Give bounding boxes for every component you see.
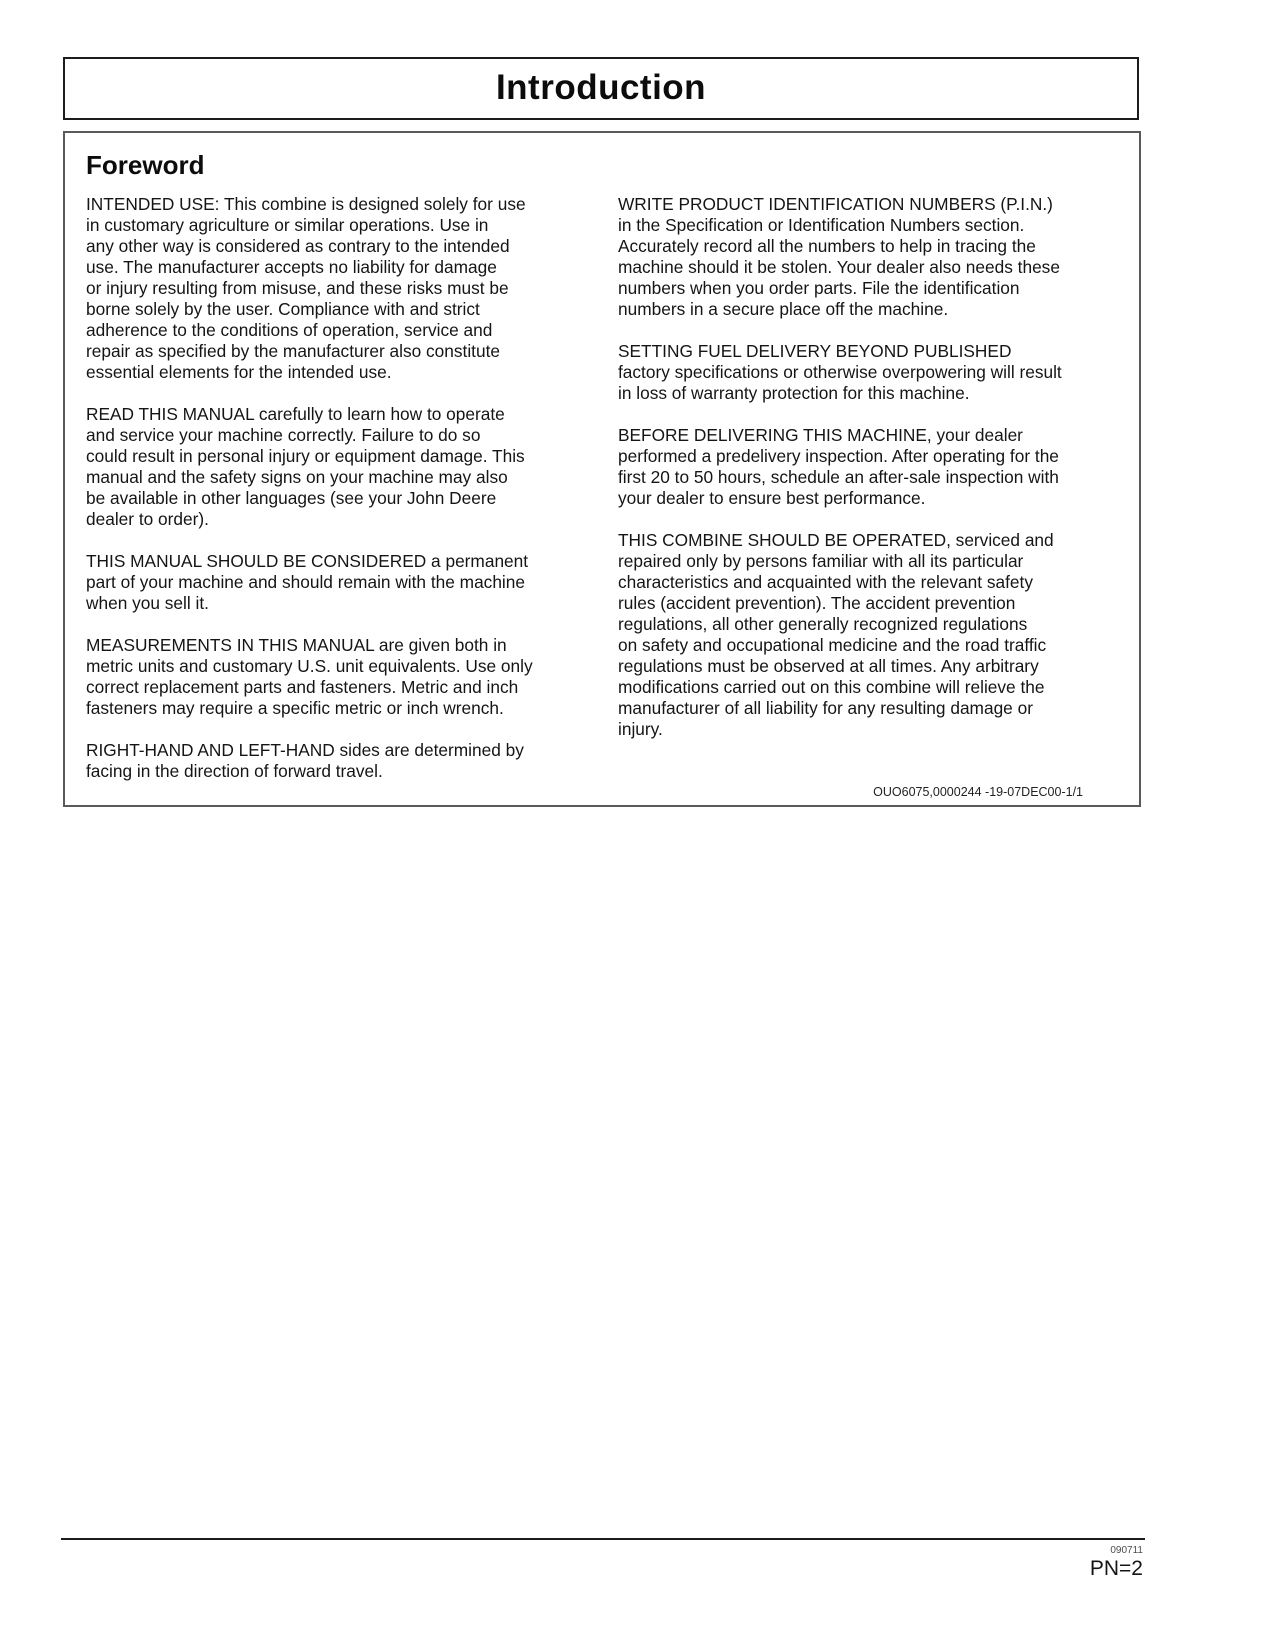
paragraph-manual-permanent: THIS MANUAL SHOULD BE CONSIDERED a perma…: [86, 551, 568, 614]
footer-scan-code: 090711: [61, 1545, 1143, 1556]
paragraph-intended-use: INTENDED USE: This combine is designed s…: [86, 194, 568, 383]
footer-divider-rule: [61, 1538, 1145, 1540]
paragraph-combine-operated: THIS COMBINE SHOULD BE OPERATED, service…: [618, 530, 1110, 740]
right-column: WRITE PRODUCT IDENTIFICATION NUMBERS (P.…: [618, 194, 1110, 803]
chapter-header-box: Introduction: [63, 57, 1139, 120]
paragraph-right-left-hand: RIGHT-HAND AND LEFT-HAND sides are deter…: [86, 740, 568, 782]
chapter-title: Introduction: [496, 68, 706, 110]
paragraph-fuel-delivery: SETTING FUEL DELIVERY BEYOND PUBLISHED f…: [618, 341, 1110, 404]
left-column: INTENDED USE: This combine is designed s…: [86, 194, 568, 803]
document-reference-code: OUO6075,0000244 -19-07DEC00-1/1: [873, 785, 1083, 799]
section-heading: Foreword: [86, 150, 1139, 181]
foreword-section-box: Foreword INTENDED USE: This combine is d…: [63, 131, 1141, 807]
paragraph-write-pin: WRITE PRODUCT IDENTIFICATION NUMBERS (P.…: [618, 194, 1110, 320]
paragraph-before-delivering: BEFORE DELIVERING THIS MACHINE, your dea…: [618, 425, 1110, 509]
paragraph-measurements: MEASUREMENTS IN THIS MANUAL are given bo…: [86, 635, 568, 719]
two-column-text: INTENDED USE: This combine is designed s…: [86, 194, 1119, 803]
manual-page: Introduction Foreword INTENDED USE: This…: [0, 0, 1275, 1650]
footer-page-number: PN=2: [61, 1557, 1143, 1581]
paragraph-read-this-manual: READ THIS MANUAL carefully to learn how …: [86, 404, 568, 530]
